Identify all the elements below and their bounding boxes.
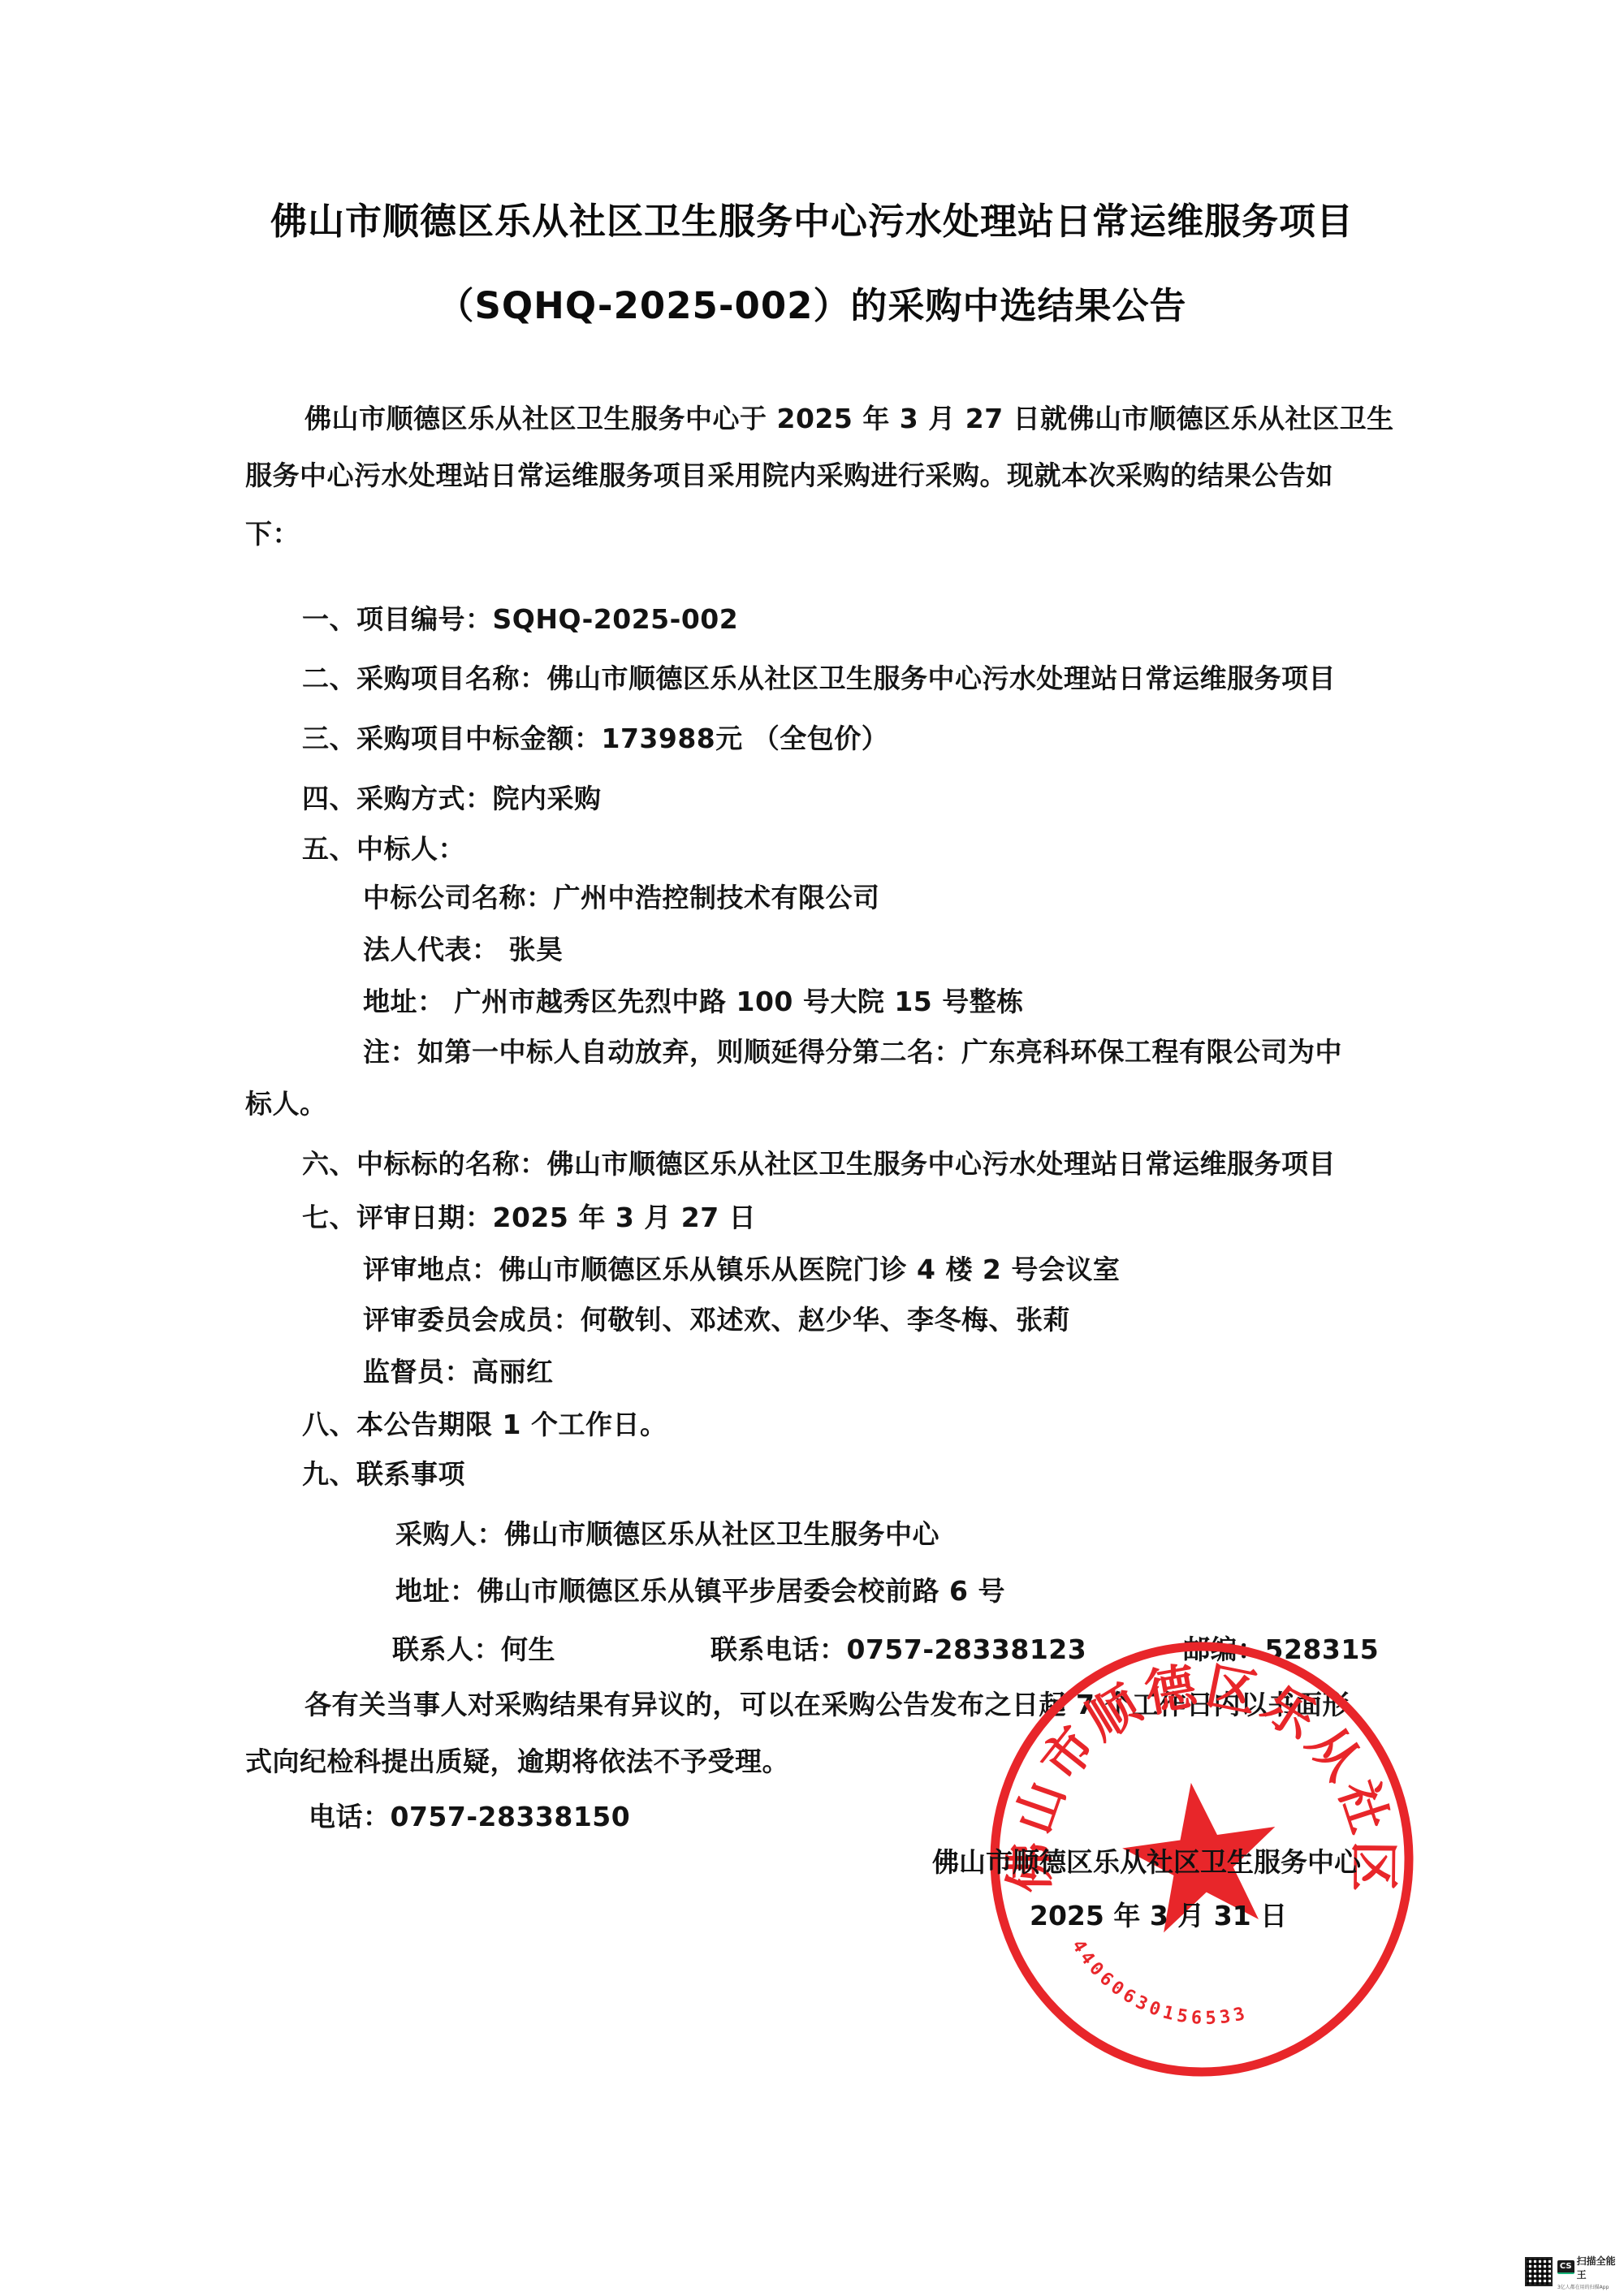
svg-text:44060630156533: 44060630156533 [1068, 1936, 1251, 2029]
item-review-date: 七、评审日期：2025 年 3 月 27 日 [302, 1197, 756, 1235]
item-notice-period: 八、本公告期限 1 个工作日。 [302, 1404, 667, 1442]
winner-legal-rep: 法人代表： 张昊 [363, 929, 564, 967]
winner-company: 中标公司名称：广州中浩控制技术有限公司 [363, 877, 880, 915]
winner-note-line-2: 标人。 [245, 1083, 327, 1121]
contact-address: 地址：佛山市顺德区乐从镇平步居委会校前路 6 号 [395, 1570, 1005, 1608]
camscanner-logo-icon: CS [1557, 2260, 1574, 2274]
item-bid-amount: 三、采购项目中标金额：173988元 （全包价） [302, 718, 888, 756]
review-location: 评审地点：佛山市顺德区乐从镇乐从医院门诊 4 楼 2 号会议室 [363, 1249, 1120, 1287]
item-project-number: 一、项目编号：SQHQ-2025-002 [302, 598, 738, 637]
document-page: 佛山市顺德区乐从社区卫生服务中心污水处理站日常运维服务项目 （SQHQ-2025… [0, 0, 1624, 2296]
contact-purchaser: 采购人：佛山市顺德区乐从社区卫生服务中心 [395, 1513, 939, 1552]
intro-line-3: 下： [245, 513, 300, 551]
item-winner-heading: 五、中标人： [302, 828, 465, 866]
signature-org: 佛山市顺德区乐从社区卫生服务中心 [932, 1841, 1361, 1880]
qr-code-icon [1525, 2257, 1553, 2286]
objection-line-2: 式向纪检科提出质疑，逾期将依法不予受理。 [245, 1741, 789, 1779]
intro-line-2: 服务中心污水处理站日常运维服务项目采用院内采购进行采购。现就本次采购的结果公告如 [245, 455, 1333, 493]
objection-phone: 电话：0757-28338150 [309, 1796, 630, 1834]
title-line-1: 佛山市顺德区乐从社区卫生服务中心污水处理站日常运维服务项目 [0, 192, 1624, 244]
item-project-name: 二、采购项目名称：佛山市顺德区乐从社区卫生服务中心污水处理站日常运维服务项目 [302, 658, 1336, 696]
winner-note-line-1: 注：如第一中标人自动放弃，则顺延得分第二名：广东亮科环保工程有限公司为中 [363, 1031, 1342, 1069]
scanner-watermark: CS 扫描全能王 3亿人都在用的扫描App [1525, 2251, 1621, 2293]
contact-person: 联系人：何生 [392, 1629, 555, 1667]
supervisor: 监督员：高丽红 [363, 1351, 554, 1389]
watermark-tagline: 3亿人都在用的扫描App [1557, 2283, 1621, 2290]
title-line-2: （SQHQ-2025-002）的采购中选结果公告 [0, 276, 1624, 329]
watermark-app-name: 扫描全能王 [1577, 2254, 1621, 2281]
winner-address: 地址： 广州市越秀区先烈中路 100 号大院 15 号整栋 [363, 981, 1024, 1019]
item-contact-heading: 九、联系事项 [302, 1453, 465, 1491]
review-committee: 评审委员会成员：何敬钊、邓述欢、赵少华、李冬梅、张莉 [363, 1299, 1070, 1337]
signature-date: 2025 年 3 月 31 日 [1030, 1895, 1287, 1933]
intro-line-1: 佛山市顺德区乐从社区卫生服务中心于 2025 年 3 月 27 日就佛山市顺德区… [304, 398, 1394, 436]
item-procurement-method: 四、采购方式：院内采购 [302, 778, 602, 816]
item-subject-name: 六、中标标的名称：佛山市顺德区乐从社区卫生服务中心污水处理站日常运维服务项目 [302, 1143, 1336, 1181]
